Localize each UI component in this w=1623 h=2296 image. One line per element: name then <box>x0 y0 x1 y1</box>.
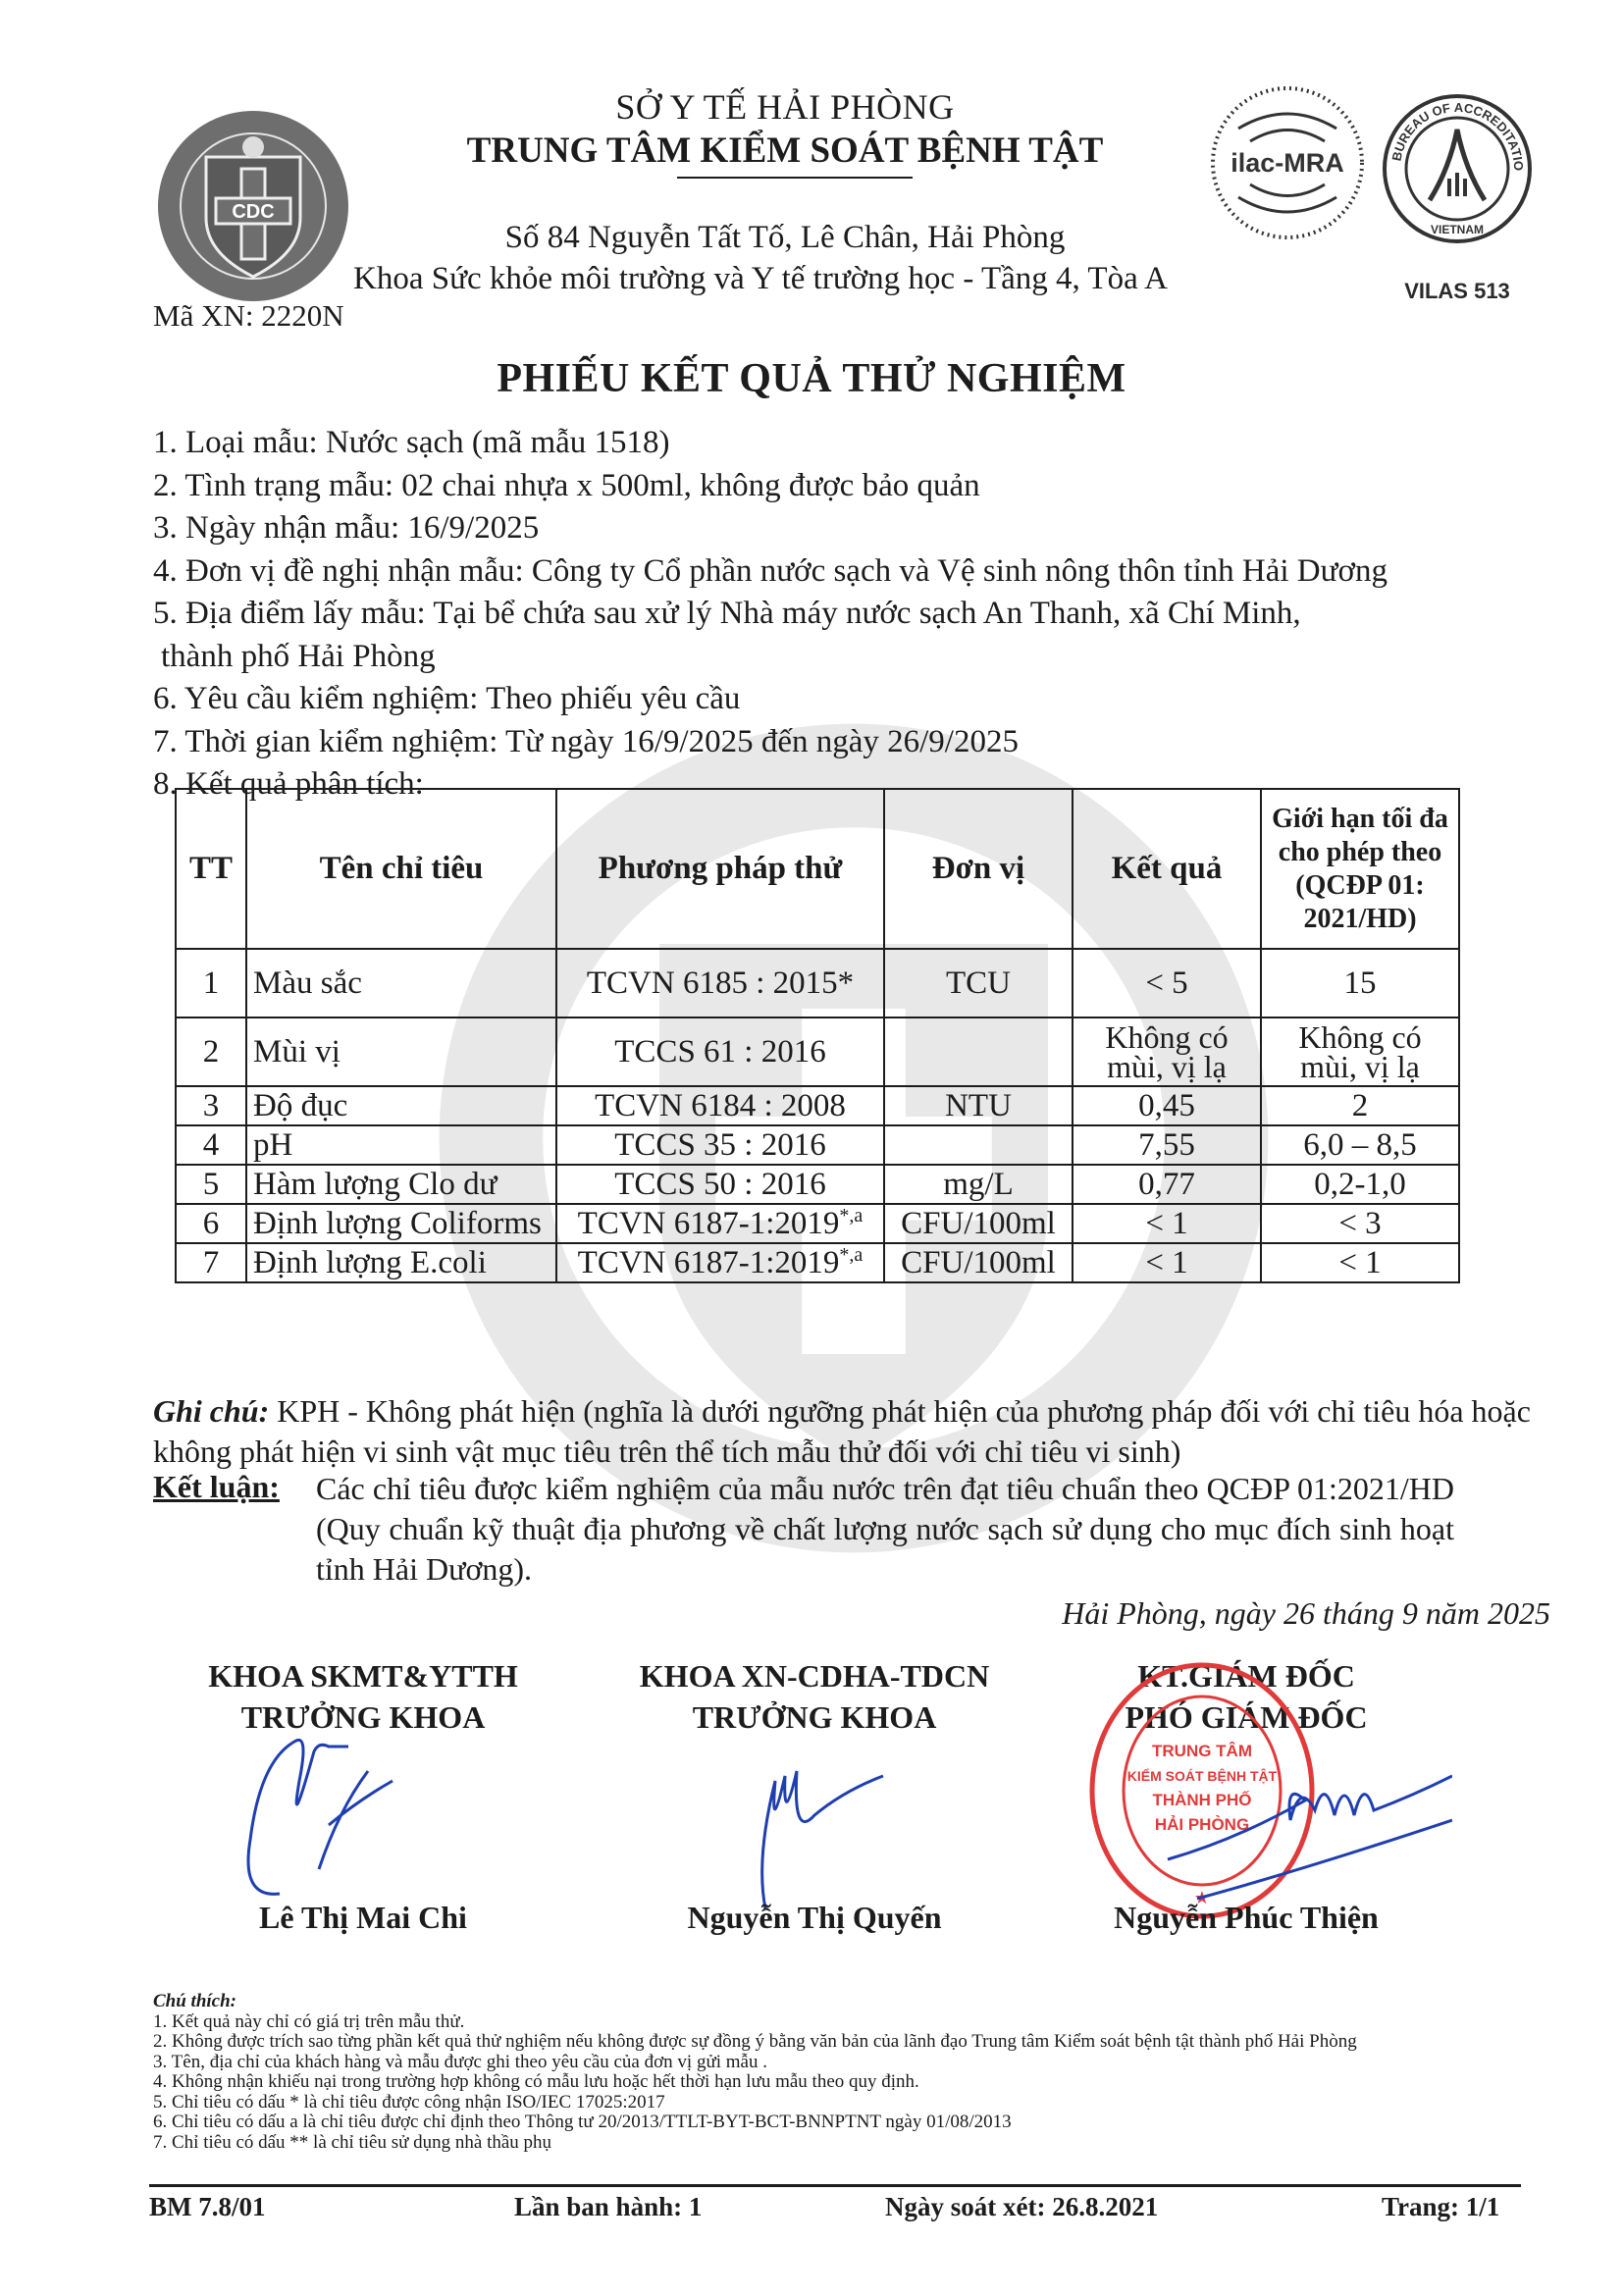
footnote-item: 5. Chỉ tiêu có dấu * là chỉ tiêu được cô… <box>153 2093 1566 2113</box>
cell-method: TCCS 50 : 2016 <box>556 1165 884 1204</box>
department-of-health: SỞ Y TẾ HẢI PHÒNG <box>373 86 1197 128</box>
cell-tt: 6 <box>176 1204 246 1243</box>
cell-method: TCCS 35 : 2016 <box>556 1125 884 1165</box>
col-header-name: Tên chỉ tiêu <box>246 789 556 949</box>
info-sample-type: 1. Loại mẫu: Nước sạch (mã mẫu 1518) <box>153 422 1546 465</box>
cell-result: 0,77 <box>1073 1165 1261 1204</box>
cell-result: < 5 <box>1073 949 1261 1018</box>
info-test-request: 6. Yêu cầu kiểm nghiệm: Theo phiếu yêu c… <box>153 678 1546 721</box>
cell-tt: 7 <box>176 1243 246 1282</box>
footnote-item: 3. Tên, địa chỉ của khách hàng và mẫu đư… <box>153 2053 1566 2073</box>
cell-name: pH <box>246 1125 556 1165</box>
cell-method: TCVN 6185 : 2015* <box>556 949 884 1018</box>
cell-limit: 2 <box>1261 1086 1459 1125</box>
col-header-unit: Đơn vị <box>884 789 1073 949</box>
cdc-logo-icon: CDC <box>155 108 351 304</box>
cell-result: < 1 <box>1073 1243 1261 1282</box>
conclusion-label: Kết luận: <box>153 1469 280 1505</box>
cell-name: Định lượng E.coli <box>246 1243 556 1282</box>
footnote-item: 6. Chỉ tiêu có dấu a là chỉ tiêu được ch… <box>153 2113 1566 2133</box>
table-row: 7Định lượng E.coliTCVN 6187-1:2019*,aCFU… <box>176 1243 1459 1282</box>
svg-text:BUREAU OF ACCREDITATION: BUREAU OF ACCREDITATION <box>1379 90 1526 171</box>
cell-name: Độ đục <box>246 1086 556 1125</box>
table-row: 5Hàm lượng Clo dưTCCS 50 : 2016mg/L0,770… <box>176 1165 1459 1204</box>
cell-tt: 5 <box>176 1165 246 1204</box>
ilac-mra-logo-icon: ilac-MRA <box>1209 84 1366 241</box>
footnotes-heading: Chú thích: <box>153 1992 1566 2012</box>
table-row: 4pHTCCS 35 : 20167,556,0 – 8,5 <box>176 1125 1459 1165</box>
footnote-item: 4. Không nhận khiếu nại trong trường hợp… <box>153 2072 1566 2093</box>
cell-tt: 1 <box>176 949 246 1018</box>
signatory-1-name: Lê Thị Mai Chi <box>157 1900 569 1936</box>
svg-text:ilac-MRA: ilac-MRA <box>1230 148 1344 178</box>
cell-limit: Không có mùi, vị lạ <box>1261 1018 1459 1086</box>
col-header-limit: Giới hạn tối đa cho phép theo (QCĐP 01: … <box>1261 789 1459 949</box>
cell-limit: 15 <box>1261 949 1459 1018</box>
cell-limit: 6,0 – 8,5 <box>1261 1125 1459 1165</box>
info-sampling-location-cont: thành phố Hải Phòng <box>153 636 1546 679</box>
info-received-date: 3. Ngày nhận mẫu: 16/9/2025 <box>153 507 1546 550</box>
info-sampling-location: 5. Địa điểm lấy mẫu: Tại bể chứa sau xử … <box>153 593 1546 636</box>
svg-text:VIETNAM: VIETNAM <box>1431 223 1484 236</box>
results-table: TT Tên chỉ tiêu Phương pháp thử Đơn vị K… <box>175 788 1460 1283</box>
svg-text:CDC: CDC <box>232 201 274 223</box>
cell-name: Hàm lượng Clo dư <box>246 1165 556 1204</box>
cell-tt: 4 <box>176 1125 246 1165</box>
table-row: 2Mùi vịTCCS 61 : 2016Không có mùi, vị lạ… <box>176 1018 1459 1086</box>
note: Ghi chú: KPH - Không phát hiện (nghĩa là… <box>153 1391 1566 1472</box>
footer-form-code: BM 7.8/01 <box>149 2192 266 2222</box>
footer-page: Trang: 1/1 <box>1382 2192 1499 2222</box>
place-date: Hải Phòng, ngày 26 tháng 9 năm 2025 <box>844 1595 1550 1632</box>
cell-name: Mùi vị <box>246 1018 556 1086</box>
info-requesting-unit: 4. Đơn vị đề nghị nhận mẫu: Công ty Cổ p… <box>153 550 1546 594</box>
cell-method: TCVN 6187-1:2019*,a <box>556 1243 884 1282</box>
footnote-item: 1. Kết quả này chỉ có giá trị trên mẫu t… <box>153 2012 1566 2033</box>
table-row: 6Định lượng ColiformsTCVN 6187-1:2019*,a… <box>176 1204 1459 1243</box>
signature-2-icon <box>677 1722 971 1918</box>
table-row: 3Độ đụcTCVN 6184 : 2008NTU0,452 <box>176 1086 1459 1125</box>
footer-divider <box>149 2184 1521 2187</box>
conclusion-text: Các chỉ tiêu được kiểm nghiệm của mẫu nư… <box>316 1469 1454 1590</box>
cell-unit: TCU <box>884 949 1073 1018</box>
cell-name: Màu sắc <box>246 949 556 1018</box>
footnote-item: 2. Không được trích sao từng phần kết qu… <box>153 2032 1566 2053</box>
signatory-3-name: Nguyễn Phúc Thiện <box>1040 1900 1452 1936</box>
table-row: 1Màu sắcTCVN 6185 : 2015*TCU< 515 <box>176 949 1459 1018</box>
cell-unit <box>884 1018 1073 1086</box>
cell-result: 0,45 <box>1073 1086 1261 1125</box>
cell-unit: CFU/100ml <box>884 1204 1073 1243</box>
cell-result: < 1 <box>1073 1204 1261 1243</box>
cell-unit: NTU <box>884 1086 1073 1125</box>
signature-1-icon <box>221 1722 515 1918</box>
cell-unit <box>884 1125 1073 1165</box>
footer-issue: Lần ban hành: 1 <box>514 2192 702 2222</box>
col-header-method: Phương pháp thử <box>556 789 884 949</box>
header-underline <box>677 177 913 179</box>
cell-unit: mg/L <box>884 1165 1073 1204</box>
cell-result: Không có mùi, vị lạ <box>1073 1018 1261 1086</box>
footnotes: Chú thích: 1. Kết quả này chỉ có giá trị… <box>153 1992 1566 2153</box>
cell-limit: < 3 <box>1261 1204 1459 1243</box>
organization-name: TRUNG TÂM KIỂM SOÁT BỆNH TẬT <box>373 130 1197 172</box>
bureau-of-accreditation-logo-icon: BUREAU OF ACCREDITATION VIETNAM <box>1379 90 1536 247</box>
info-test-period: 7. Thời gian kiểm nghiệm: Từ ngày 16/9/2… <box>153 721 1546 764</box>
col-header-result: Kết quả <box>1073 789 1261 949</box>
footnote-item: 7. Chỉ tiêu có dấu ** là chỉ tiêu sử dụn… <box>153 2133 1566 2154</box>
note-label: Ghi chú: <box>153 1393 269 1429</box>
cell-name: Định lượng Coliforms <box>246 1204 556 1243</box>
cell-tt: 2 <box>176 1018 246 1086</box>
col-header-tt: TT <box>176 789 246 949</box>
cell-method: TCVN 6187-1:2019*,a <box>556 1204 884 1243</box>
cell-method: TCVN 6184 : 2008 <box>556 1086 884 1125</box>
organization-address: Số 84 Nguyễn Tất Tố, Lê Chân, Hải Phòng <box>373 220 1197 256</box>
sample-info-list: 1. Loại mẫu: Nước sạch (mã mẫu 1518) 2. … <box>153 422 1546 807</box>
footer-review-date: Ngày soát xét: 26.8.2021 <box>885 2192 1158 2222</box>
signatory-2-name: Nguyễn Thị Quyến <box>608 1900 1021 1936</box>
cell-method: TCCS 61 : 2016 <box>556 1018 884 1086</box>
vilas-number: VILAS 513 <box>1393 279 1521 304</box>
cell-limit: 0,2-1,0 <box>1261 1165 1459 1204</box>
cell-unit: CFU/100ml <box>884 1243 1073 1282</box>
signature-3-icon <box>1158 1722 1452 1918</box>
lab-code: Mã XN: 2220N <box>153 298 344 334</box>
cell-limit: < 1 <box>1261 1243 1459 1282</box>
division-name: Khoa Sức khỏe môi trường và Y tế trường … <box>353 261 1335 297</box>
info-sample-condition: 2. Tình trạng mẫu: 02 chai nhựa x 500ml,… <box>153 465 1546 508</box>
cell-tt: 3 <box>176 1086 246 1125</box>
document-title: PHIẾU KẾT QUẢ THỬ NGHIỆM <box>0 355 1623 402</box>
cell-result: 7,55 <box>1073 1125 1261 1165</box>
note-text: KPH - Không phát hiện (nghĩa là dưới ngư… <box>153 1393 1531 1469</box>
